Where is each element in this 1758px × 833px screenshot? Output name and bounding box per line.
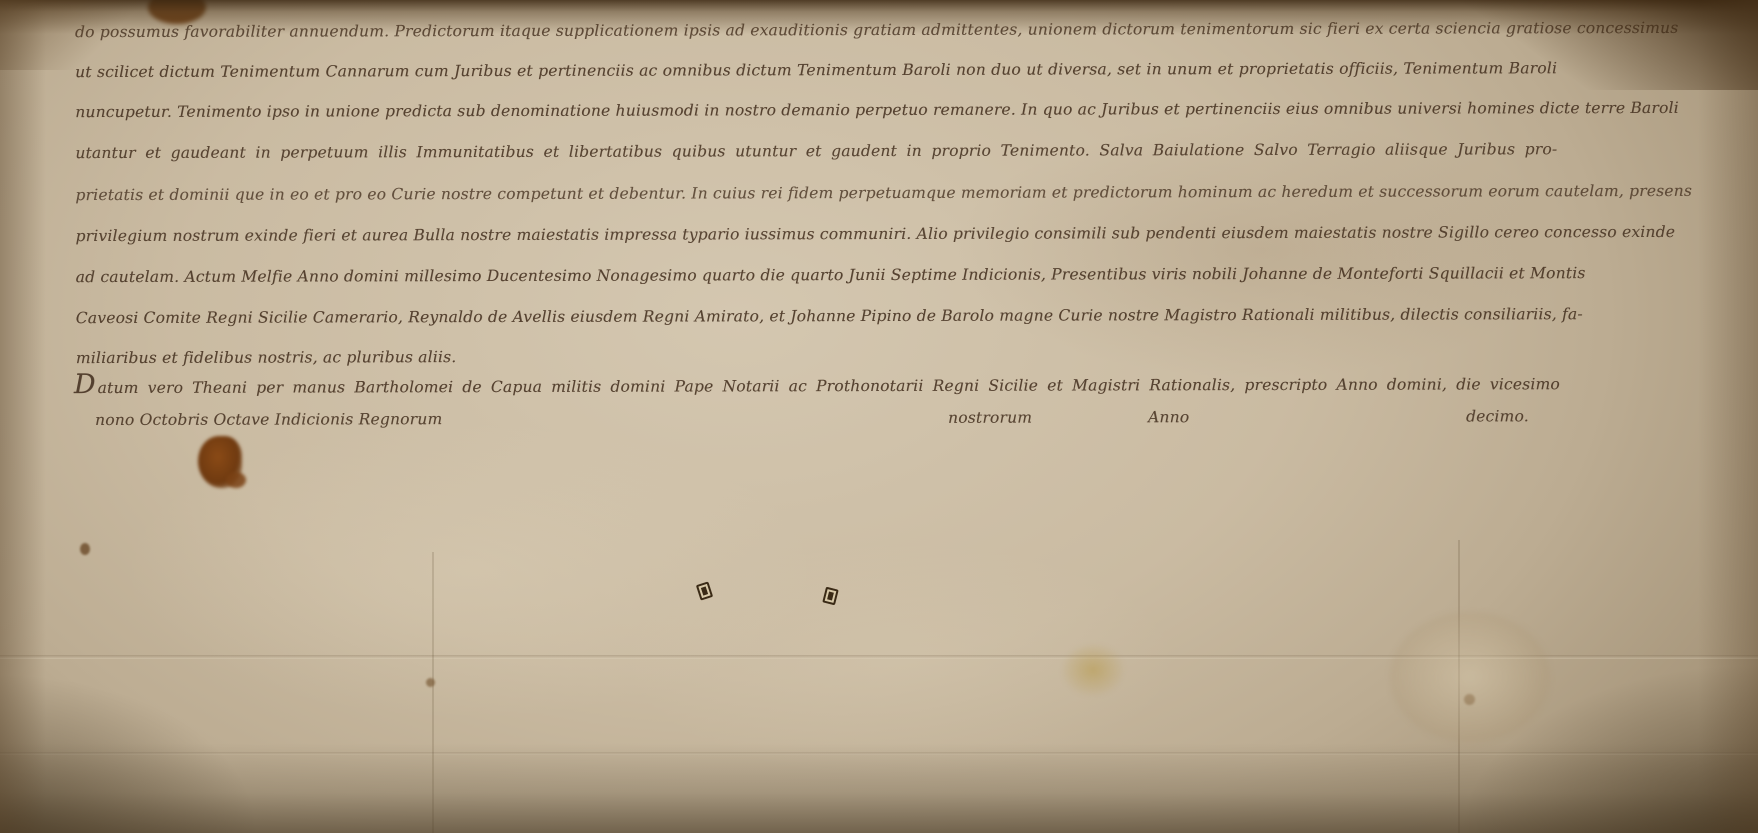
final-line-date-segment: nono Octobris Octave Indicionis Regnorum [95,410,442,429]
text-line-1: do possumus favorabiliter annuendum. Pre… [75,19,1557,41]
text-line-5: prietatis et dominii que in eo et pro eo… [75,182,1557,204]
text-line-2: ut scilicet dictum Tenimentum Cannarum c… [75,59,1557,81]
final-line-anno-segment: Anno [1148,408,1189,426]
text-line-6: privilegium nostrum exinde fieri et aure… [76,223,1558,245]
text-line-7: ad cautelam. Actum Melfie Anno domini mi… [76,264,1558,286]
dating-final-line: nono Octobris Octave Indicionis Regnorum… [0,407,1758,436]
manuscript-photo: do possumus favorabiliter annuendum. Pre… [0,0,1758,833]
charter-text-block: do possumus favorabiliter annuendum. Pre… [0,0,1758,833]
final-line-regnal-year-segment: decimo. [1466,407,1529,425]
text-line-8: Caveosi Comite Regni Sicilie Camerario, … [76,305,1558,327]
text-line-3: nuncupetur. Tenimento ipso in unione pre… [75,99,1557,121]
text-line-4: utantur et gaudeant in perpetuum illis I… [75,140,1557,162]
datum-initial-letter: D [74,369,96,400]
final-line-nostrorum-segment: nostrorum [948,409,1032,427]
datum-clause-text: atum vero Theani per manus Bartholomei d… [98,375,1560,397]
text-line-9: miliaribus et fidelibus nostris, ac plur… [76,348,457,367]
datum-clause-line: Datum vero Theani per manus Bartholomei … [74,373,1560,397]
